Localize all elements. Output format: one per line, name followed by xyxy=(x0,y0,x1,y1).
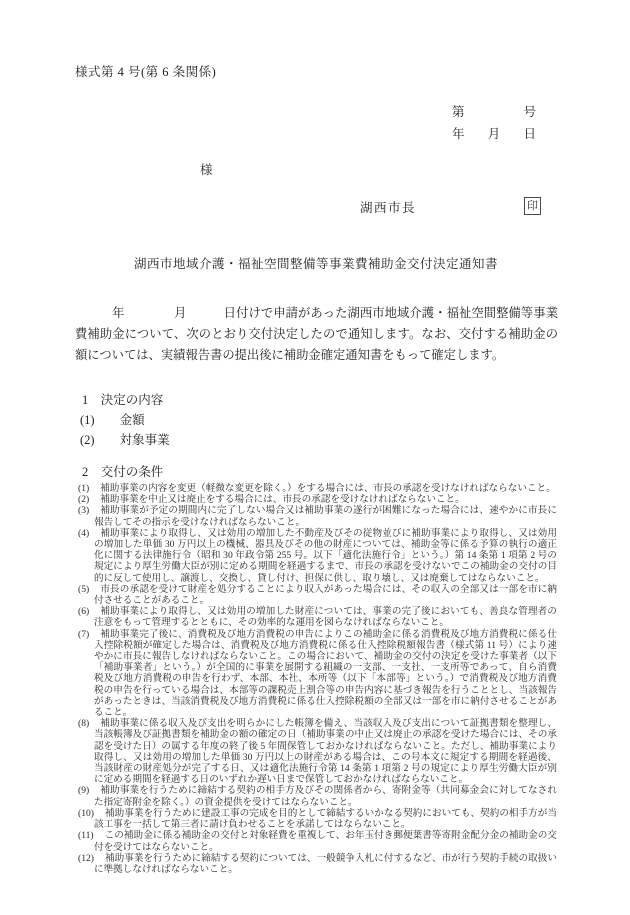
condition-item-12: (12)補助事業を行うために締結する契約については、一般競争入札に付するなど、市… xyxy=(78,853,557,875)
section2-heading: 2 交付の条件 xyxy=(82,462,163,480)
doc-number-prefix: 第 xyxy=(452,102,465,120)
condition-text: 補助事業を中止又は廃止をする場合には、市長の承認を受けなければならないこと。 xyxy=(100,494,465,505)
date-day-label: 日 xyxy=(523,124,536,142)
condition-text: 補助事業を行うために建設工事の完成を目的として締結するいかなる契約においても、契… xyxy=(94,808,557,830)
body-paragraph: 年 月 日付けで申請があった湖西市地域介護・福祉空間整備等事業費補助金について、… xyxy=(75,303,558,366)
document-page: 様式第 4 号(第 6 条関係) 第 号 年 月 日 様 湖西市長 印 湖西市地… xyxy=(0,0,630,915)
condition-number: (2) xyxy=(78,494,89,505)
date-year-label: 年 xyxy=(452,124,465,142)
conditions-list: (1)補助事業の内容を変更（軽微な変更を除く。）をする場合には、市長の承認を受け… xyxy=(78,483,557,875)
condition-number: (9) xyxy=(78,785,89,796)
condition-item-5: (5)市長の承認を受けて財産を処分することにより収入があった場合には、その収入の… xyxy=(78,584,557,606)
sender-title: 湖西市長 xyxy=(360,198,416,216)
document-title: 湖西市地域介護・福祉空間整備等事業費補助金交付決定通知書 xyxy=(75,254,557,272)
condition-text: 補助事業が予定の期間内に完了しない場合又は補助事業の遂行が困難になった場合には、… xyxy=(94,505,557,527)
condition-text: 補助事業により取得し、又は効用の増加した不動産及びその従物並びに補助事業により取… xyxy=(94,528,557,584)
condition-item-2: (2)補助事業を中止又は廃止をする場合には、市長の承認を受けなければならないこと… xyxy=(78,494,557,505)
date-line: 年 月 日 xyxy=(452,124,536,142)
condition-item-4: (4)補助事業により取得し、又は効用の増加した不動産及びその従物並びに補助事業に… xyxy=(78,528,557,584)
condition-number: (1) xyxy=(78,483,89,494)
condition-item-9: (9)補助事業を行うために締結する契約の相手方及びその関係者から、寄附金等（共同… xyxy=(78,785,557,807)
condition-text: 補助事業を行うために締結する契約については、一般競争入札に付するなど、市が行う契… xyxy=(94,853,557,875)
condition-number: (10) xyxy=(78,808,94,819)
condition-item-8: (8)補助事業に係る収入及び支出を明らかにした帳簿を備え、当該収入及び支出につい… xyxy=(78,718,557,785)
condition-item-11: (11)この補助金に係る補助金の交付と対象経費を重複して、お年玉付き郵便葉書等寄… xyxy=(78,830,557,852)
condition-text: 補助事業の内容を変更（軽微な変更を除く。）をする場合には、市長の承認を受けなけれ… xyxy=(100,483,556,494)
condition-number: (4) xyxy=(78,528,89,539)
form-number-label: 様式第 4 号(第 6 条関係) xyxy=(75,62,216,80)
condition-number: (6) xyxy=(78,606,89,617)
condition-text: 補助事業完了後に、消費税及び地方消費税の申告によりこの補助金に係る消費税及び地方… xyxy=(94,629,557,718)
seal-mark: 印 xyxy=(524,197,541,215)
condition-text: 補助事業に係る収入及び支出を明らかにした帳簿を備え、当該収入及び支出について証拠… xyxy=(94,718,557,785)
condition-item-7: (7)補助事業完了後に、消費税及び地方消費税の申告によりこの補助金に係る消費税及… xyxy=(78,629,557,719)
condition-number: (8) xyxy=(78,718,89,729)
condition-item-3: (3)補助事業が予定の期間内に完了しない場合又は補助事業の遂行が困難になった場合… xyxy=(78,505,557,527)
condition-item-6: (6)補助事業により取得し、又は効用の増加した財産については、事業の完了後におい… xyxy=(78,606,557,628)
condition-text: 市長の承認を受けて財産を処分することにより収入があった場合には、その収入の全部又… xyxy=(94,584,557,606)
condition-text: 補助事業を行うために締結する契約の相手方及びその関係者から、寄附金等（共同募金会… xyxy=(94,785,557,807)
section1-item-target: (2) 対象事業 xyxy=(80,430,170,448)
condition-number: (3) xyxy=(78,505,89,516)
addressee-honorific: 様 xyxy=(200,160,213,178)
condition-text: 補助事業により取得し、又は効用の増加した財産については、事業の完了後においても、… xyxy=(94,606,557,628)
date-month-label: 月 xyxy=(488,124,501,142)
condition-number: (7) xyxy=(78,629,89,640)
condition-number: (5) xyxy=(78,584,89,595)
section1-item-amount: (1) 金額 xyxy=(80,410,145,428)
document-number-line: 第 号 xyxy=(452,102,536,120)
section1-heading: 1 決定の内容 xyxy=(82,390,163,408)
condition-number: (11) xyxy=(78,830,94,841)
condition-item-1: (1)補助事業の内容を変更（軽微な変更を除く。）をする場合には、市長の承認を受け… xyxy=(78,483,557,494)
condition-number: (12) xyxy=(78,853,94,864)
doc-number-suffix: 号 xyxy=(523,102,536,120)
condition-item-10: (10)補助事業を行うために建設工事の完成を目的として締結するいかなる契約におい… xyxy=(78,808,557,830)
condition-text: この補助金に係る補助金の交付と対象経費を重複して、お年玉付き郵便葉書等寄附金配分… xyxy=(94,830,557,852)
